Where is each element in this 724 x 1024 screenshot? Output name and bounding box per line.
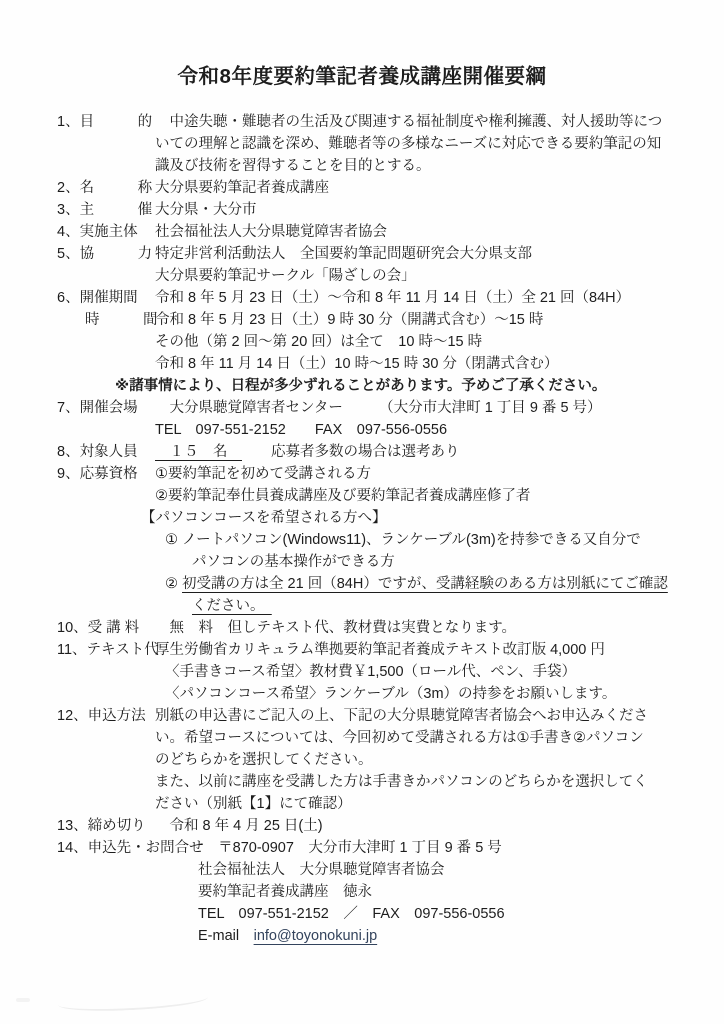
email-label: E-mail — [198, 928, 254, 944]
document-body: 1、目 的 中途失聴・難聴者の生活及び関連する福祉制度や権利擁護、対人援助等につ… — [0, 111, 724, 947]
item-10-label: 10、受 講 料 — [57, 617, 155, 639]
item-12-continuation: また、以前に講座を受講した方は手書きかパソコンのどちらかを選択してく — [57, 771, 694, 793]
item-12-label: 12、申込方法 — [57, 705, 155, 727]
item-11-line2: 〈手書きコース希望〉教材費￥1,500（ロール代、ペン、手袋） — [155, 661, 576, 683]
item-14-separator — [204, 840, 219, 856]
item-14-label: 14、申込先・お問合せ — [57, 840, 204, 856]
item-11-textbook: 11、テキスト代 厚生労働省カリキュラム準拠要約筆記者養成テキスト改訂版 4,0… — [57, 639, 694, 661]
item-5-text-line2: 大分県要約筆記サークル「陽ざしの会」 — [155, 265, 416, 287]
item-9-pc-req1-line1: ① ノートパソコン(Windows11)、ランケーブル(3m)を持参できる又自分… — [155, 529, 641, 551]
item-12-line1: 別紙の申込書にご記入の上、下記の大分県聴覚障害者協会へお申込みくださ — [155, 705, 648, 727]
item-9-pc-course-heading: 【パソコンコースを希望される方へ】 — [141, 507, 386, 529]
item-6-time-label: 時 間 — [57, 309, 155, 331]
item-12-line4: また、以前に講座を受講した方は手書きかパソコンのどちらかを選択してく — [155, 771, 648, 793]
item-9-continuation: ください。 — [57, 595, 694, 617]
item-2-label: 2、名 称 — [57, 177, 155, 199]
item-11-line1: 厚生労働省カリキュラム準拠要約筆記者養成テキスト改訂版 4,000 円 — [155, 639, 605, 661]
item-11-continuation: 〈手書きコース希望〉教材費￥1,500（ロール代、ペン、手袋） — [57, 661, 694, 683]
item-6-label: 6、開催期間 — [57, 287, 155, 309]
item-3-text: 大分県・大分市 — [155, 199, 257, 221]
item-14-address: 〒870-0907 大分市大津町 1 丁目 9 番 5 号 — [218, 840, 502, 856]
item-7-label: 7、開催会場 — [57, 397, 155, 419]
item-9-line2: ②要約筆記奉仕員養成講座及び要約筆記者養成講座修了者 — [155, 485, 531, 507]
item-10-fee: 10、受 講 料 無 料 但しテキスト代、教材費は実費となります。 — [57, 617, 694, 639]
item-8-label: 8、対象人員 — [57, 441, 155, 463]
item-7-venue-text: 大分県聴覚障害者センター （大分市大津町 1 丁目 9 番 5 号） — [155, 397, 602, 419]
item-7-continuation: TEL 097-551-2152 FAX 097-556-0556 — [57, 419, 694, 441]
item-9-pc-req2-line1: ② 初受講の方は全 21 回（84H）ですが、受講経験のある方は別紙にてご確認 — [155, 573, 668, 595]
document-page: 令和8年度要約筆記者養成講座開催要綱 1、目 的 中途失聴・難聴者の生活及び関連… — [0, 0, 724, 1024]
item-13-deadline: 13、締め切り 令和 8 年 4 月 25 日(土) — [57, 815, 694, 837]
item-9-label: 9、応募資格 — [57, 463, 155, 485]
req2-underlined: 初受講の方は全 21 回（84H）ですが、受講経験のある方は別紙にてご確認 — [182, 576, 668, 592]
item-9-continuation: ① ノートパソコン(Windows11)、ランケーブル(3m)を持参できる又自分… — [57, 529, 694, 551]
item-9-pc-req2-line2: ください。 — [155, 595, 272, 617]
email-link[interactable]: info@toyonokuni.jp — [254, 928, 378, 944]
capacity-rest: 応募者多数の場合は選考あり — [242, 444, 460, 460]
item-12-line2: い。希望コースについては、今回初めて受講される方は①手書き②パソコン — [155, 727, 644, 749]
item-8-text: １５ 名 応募者多数の場合は選考あり — [155, 441, 460, 463]
item-3-label: 3、主 催 — [57, 199, 155, 221]
item-5-cooperation: 5、協 力 特定非営利活動法人 全国要約筆記問題研究会大分県支部 — [57, 243, 694, 265]
item-12-application: 12、申込方法 別紙の申込書にご記入の上、下記の大分県聴覚障害者協会へお申込みく… — [57, 705, 694, 727]
item-12-line3: のどちらかを選択してください。 — [155, 749, 373, 771]
item-6-continuation: 令和 8 年 11 月 14 日（土）10 時～15 時 30 分（閉講式含む） — [57, 353, 694, 375]
item-6-continuation: その他（第 2 回～第 20 回）は全て 10 時～15 時 — [57, 331, 694, 353]
document-title: 令和8年度要約筆記者養成講座開催要綱 — [0, 0, 724, 90]
item-5-text-line1: 特定非営利活動法人 全国要約筆記問題研究会大分県支部 — [155, 243, 532, 265]
item-3-host: 3、主 催 大分県・大分市 — [57, 199, 694, 221]
item-9-eligibility: 9、応募資格 ①要約筆記を初めて受講される方 — [57, 463, 694, 485]
item-9-continuation: パソコンの基本操作ができる方 — [57, 551, 694, 573]
item-7-tel-fax: TEL 097-551-2152 FAX 097-556-0556 — [155, 419, 447, 441]
item-1-text-line2: いての理解と認識を深め、難聴者等の多様なニーズに対応できる要約筆記の知 — [155, 133, 661, 155]
item-4-text: 社会福祉法人大分県聴覚障害者協会 — [155, 221, 387, 243]
item-4-implementer: 4、実施主体 社会福祉法人大分県聴覚障害者協会 — [57, 221, 694, 243]
item-14-email-row: E-mail info@toyonokuni.jp — [57, 925, 694, 947]
item-1-label: 1、目 的 — [57, 111, 155, 133]
item-5-continuation: 大分県要約筆記サークル「陽ざしの会」 — [57, 265, 694, 287]
item-12-continuation: のどちらかを選択してください。 — [57, 749, 694, 771]
item-11-continuation: 〈パソコンコース希望〉ランケーブル（3m）の持参をお願いします。 — [57, 683, 694, 705]
item-6-time-line1: 令和 8 年 5 月 23 日（土）9 時 30 分（開講式含む）～15 時 — [155, 309, 543, 331]
item-12-continuation: い。希望コースについては、今回初めて受講される方は①手書き②パソコン — [57, 727, 694, 749]
item-10-text: 無 料 但しテキスト代、教材費は実費となります。 — [155, 617, 516, 639]
item-5-label: 5、協 力 — [57, 243, 155, 265]
scan-artifact — [16, 998, 30, 1002]
item-7-venue: 7、開催会場 大分県聴覚障害者センター （大分市大津町 1 丁目 9 番 5 号… — [57, 397, 694, 419]
req2-underlined-end: ください。 — [192, 598, 272, 614]
item-9-continuation: ② 初受講の方は全 21 回（84H）ですが、受講経験のある方は別紙にてご確認 — [57, 573, 694, 595]
item-9-continuation: ②要約筆記奉仕員養成講座及び要約筆記者養成講座修了者 — [57, 485, 694, 507]
item-9-continuation: 【パソコンコースを希望される方へ】 — [57, 507, 694, 529]
item-8-capacity: 8、対象人員 １５ 名 応募者多数の場合は選考あり — [57, 441, 694, 463]
item-1-continuation: 識及び技術を習得することを目的とする。 — [57, 155, 694, 177]
req2-number: ② — [165, 576, 182, 592]
item-14-organization: 社会福祉法人 大分県聴覚障害者協会 — [57, 859, 694, 881]
capacity-underlined: １５ 名 — [155, 444, 242, 460]
item-1-purpose: 1、目 的 中途失聴・難聴者の生活及び関連する福祉制度や権利擁護、対人援助等につ — [57, 111, 694, 133]
item-13-text: 令和 8 年 4 月 25 日(土) — [155, 815, 323, 837]
item-1-continuation: いての理解と認識を深め、難聴者等の多様なニーズに対応できる要約筆記の知 — [57, 133, 694, 155]
item-4-label: 4、実施主体 — [57, 221, 155, 243]
item-6-time-line2: その他（第 2 回～第 20 回）は全て 10 時～15 時 — [155, 331, 482, 353]
item-1-text-line3: 識及び技術を習得することを目的とする。 — [155, 155, 431, 177]
item-13-label: 13、締め切り — [57, 815, 155, 837]
item-9-pc-req1-line2: パソコンの基本操作ができる方 — [155, 551, 395, 573]
item-6-period: 6、開催期間 令和 8 年 5 月 23 日（土）～令和 8 年 11 月 14… — [57, 287, 694, 309]
item-11-label: 11、テキスト代 — [57, 639, 155, 661]
item-14-tel-fax: TEL 097-551-2152 ／ FAX 097-556-0556 — [57, 903, 694, 925]
item-12-continuation: ださい（別紙【1】にて確認） — [57, 793, 694, 815]
item-1-text-line1: 中途失聴・難聴者の生活及び関連する福祉制度や権利擁護、対人援助等につ — [155, 111, 662, 133]
item-14-contact: 14、申込先・お問合せ 〒870-0907 大分市大津町 1 丁目 9 番 5 … — [57, 837, 694, 859]
item-2-name: 2、名 称 大分県要約筆記者養成講座 — [57, 177, 694, 199]
item-6-period-text: 令和 8 年 5 月 23 日（土）～令和 8 年 11 月 14 日（土）全 … — [155, 287, 630, 309]
item-11-line3: 〈パソコンコース希望〉ランケーブル（3m）の持参をお願いします。 — [155, 683, 616, 705]
item-14-course-contact-person: 要約筆記者養成講座 徳永 — [57, 881, 694, 903]
item-6-schedule-note: ※諸事情により、日程が多少ずれることがあります。予めご了承ください。 — [57, 375, 694, 397]
item-2-text: 大分県要約筆記者養成講座 — [155, 177, 329, 199]
item-6-time-line3: 令和 8 年 11 月 14 日（土）10 時～15 時 30 分（閉講式含む） — [155, 353, 558, 375]
scan-artifact — [58, 988, 209, 1014]
item-12-line5: ださい（別紙【1】にて確認） — [155, 793, 352, 815]
item-6-time: 時 間 令和 8 年 5 月 23 日（土）9 時 30 分（開講式含む）～15… — [57, 309, 694, 331]
item-9-line1: ①要約筆記を初めて受講される方 — [155, 463, 371, 485]
